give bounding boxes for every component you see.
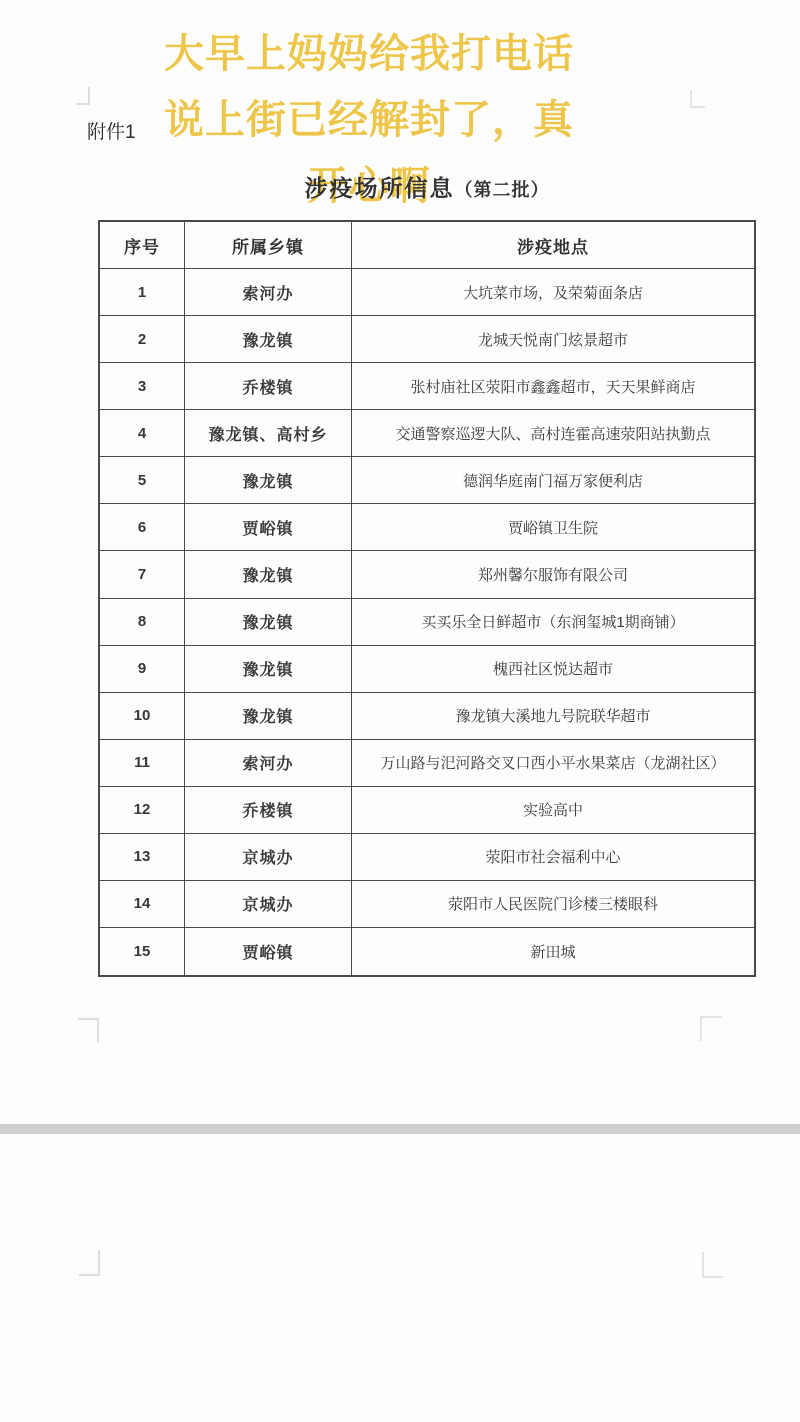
table-row-cell: 槐西社区悦达超市 — [352, 646, 754, 693]
table-row-cell: 乔楼镇 — [185, 363, 352, 410]
screenshot-root: 大早上妈妈给我打电话 说上街已经解封了，真 开心啊 附件1 涉疫场所信息（第二批… — [0, 0, 800, 1422]
table-row-cell: 豫龙镇 — [185, 457, 352, 504]
table-row-cell: 4 — [100, 410, 185, 457]
table-row-cell: 荥阳市社会福利中心 — [352, 834, 754, 881]
table-row-cell: 张村庙社区荥阳市鑫鑫超市，天天果鲜商店 — [352, 363, 754, 410]
epidemic-places-table: 序号 所属乡镇 涉疫地点 1 索河办 大坑菜市场，及荣菊面条店 2 豫龙镇 龙城… — [98, 220, 756, 977]
table-row-cell: 豫龙镇 — [185, 693, 352, 740]
table-row-cell: 豫龙镇 — [185, 316, 352, 363]
table-row-cell: 5 — [100, 457, 185, 504]
table-row-cell: 德润华庭南门福万家便利店 — [352, 457, 754, 504]
table-row-cell: 12 — [100, 787, 185, 834]
table-row-cell: 万山路与汜河路交叉口西小平水果菜店（龙湖社区） — [352, 740, 754, 787]
col-header-index: 序号 — [100, 222, 185, 269]
table-row-cell: 14 — [100, 881, 185, 928]
table-row-cell: 11 — [100, 740, 185, 787]
document-title-text: 涉疫场所信息 — [305, 175, 455, 201]
table-row-cell: 买买乐全日鲜超市（东润玺城1期商铺） — [352, 599, 754, 646]
table-row-cell: 龙城天悦南门炫景超市 — [352, 316, 754, 363]
table-row-cell: 豫龙镇 — [185, 551, 352, 598]
table-row-cell: 实验高中 — [352, 787, 754, 834]
table-row-cell: 6 — [100, 504, 185, 551]
document-title: 涉疫场所信息（第二批） — [98, 170, 756, 203]
table-row-cell: 10 — [100, 693, 185, 740]
table-row-cell: 1 — [100, 269, 185, 316]
table-row-cell: 2 — [100, 316, 185, 363]
table-row-cell: 荥阳市人民医院门诊楼三楼眼科 — [352, 881, 754, 928]
table-row-cell: 贾峪镇卫生院 — [352, 504, 754, 551]
table-row-cell: 贾峪镇 — [185, 504, 352, 551]
table-row-cell: 贾峪镇 — [185, 928, 352, 975]
document-page: 附件1 涉疫场所信息（第二批） 序号 所属乡镇 涉疫地点 1 索河办 大坑菜市场… — [0, 0, 800, 1422]
document-title-batch: （第二批） — [455, 180, 550, 200]
attachment-label: 附件1 — [87, 117, 136, 144]
col-header-place: 涉疫地点 — [352, 222, 754, 269]
table-row-cell: 豫龙镇、高村乡 — [185, 410, 352, 457]
table-row-cell: 乔楼镇 — [185, 787, 352, 834]
table-row-cell: 交通警察巡逻大队、高村连霍高速荥阳站执勤点 — [352, 410, 754, 457]
table-row-cell: 郑州馨尔服饰有限公司 — [352, 551, 754, 598]
table-row-cell: 豫龙镇 — [185, 599, 352, 646]
table-row-cell: 索河办 — [185, 740, 352, 787]
table-row-cell: 大坑菜市场，及荣菊面条店 — [352, 269, 754, 316]
table-row-cell: 3 — [100, 363, 185, 410]
table-row-cell: 索河办 — [185, 269, 352, 316]
table-row-cell: 13 — [100, 834, 185, 881]
table-row-cell: 京城办 — [185, 881, 352, 928]
table-row-cell: 7 — [100, 551, 185, 598]
table-row-cell: 豫龙镇 — [185, 646, 352, 693]
table-row-cell: 新田城 — [352, 928, 754, 975]
table-row-cell: 9 — [100, 646, 185, 693]
table-row-cell: 豫龙镇大溪地九号院联华超市 — [352, 693, 754, 740]
table-row-cell: 8 — [100, 599, 185, 646]
table-row-cell: 京城办 — [185, 834, 352, 881]
col-header-township: 所属乡镇 — [185, 222, 352, 269]
table-row-cell: 15 — [100, 928, 185, 975]
